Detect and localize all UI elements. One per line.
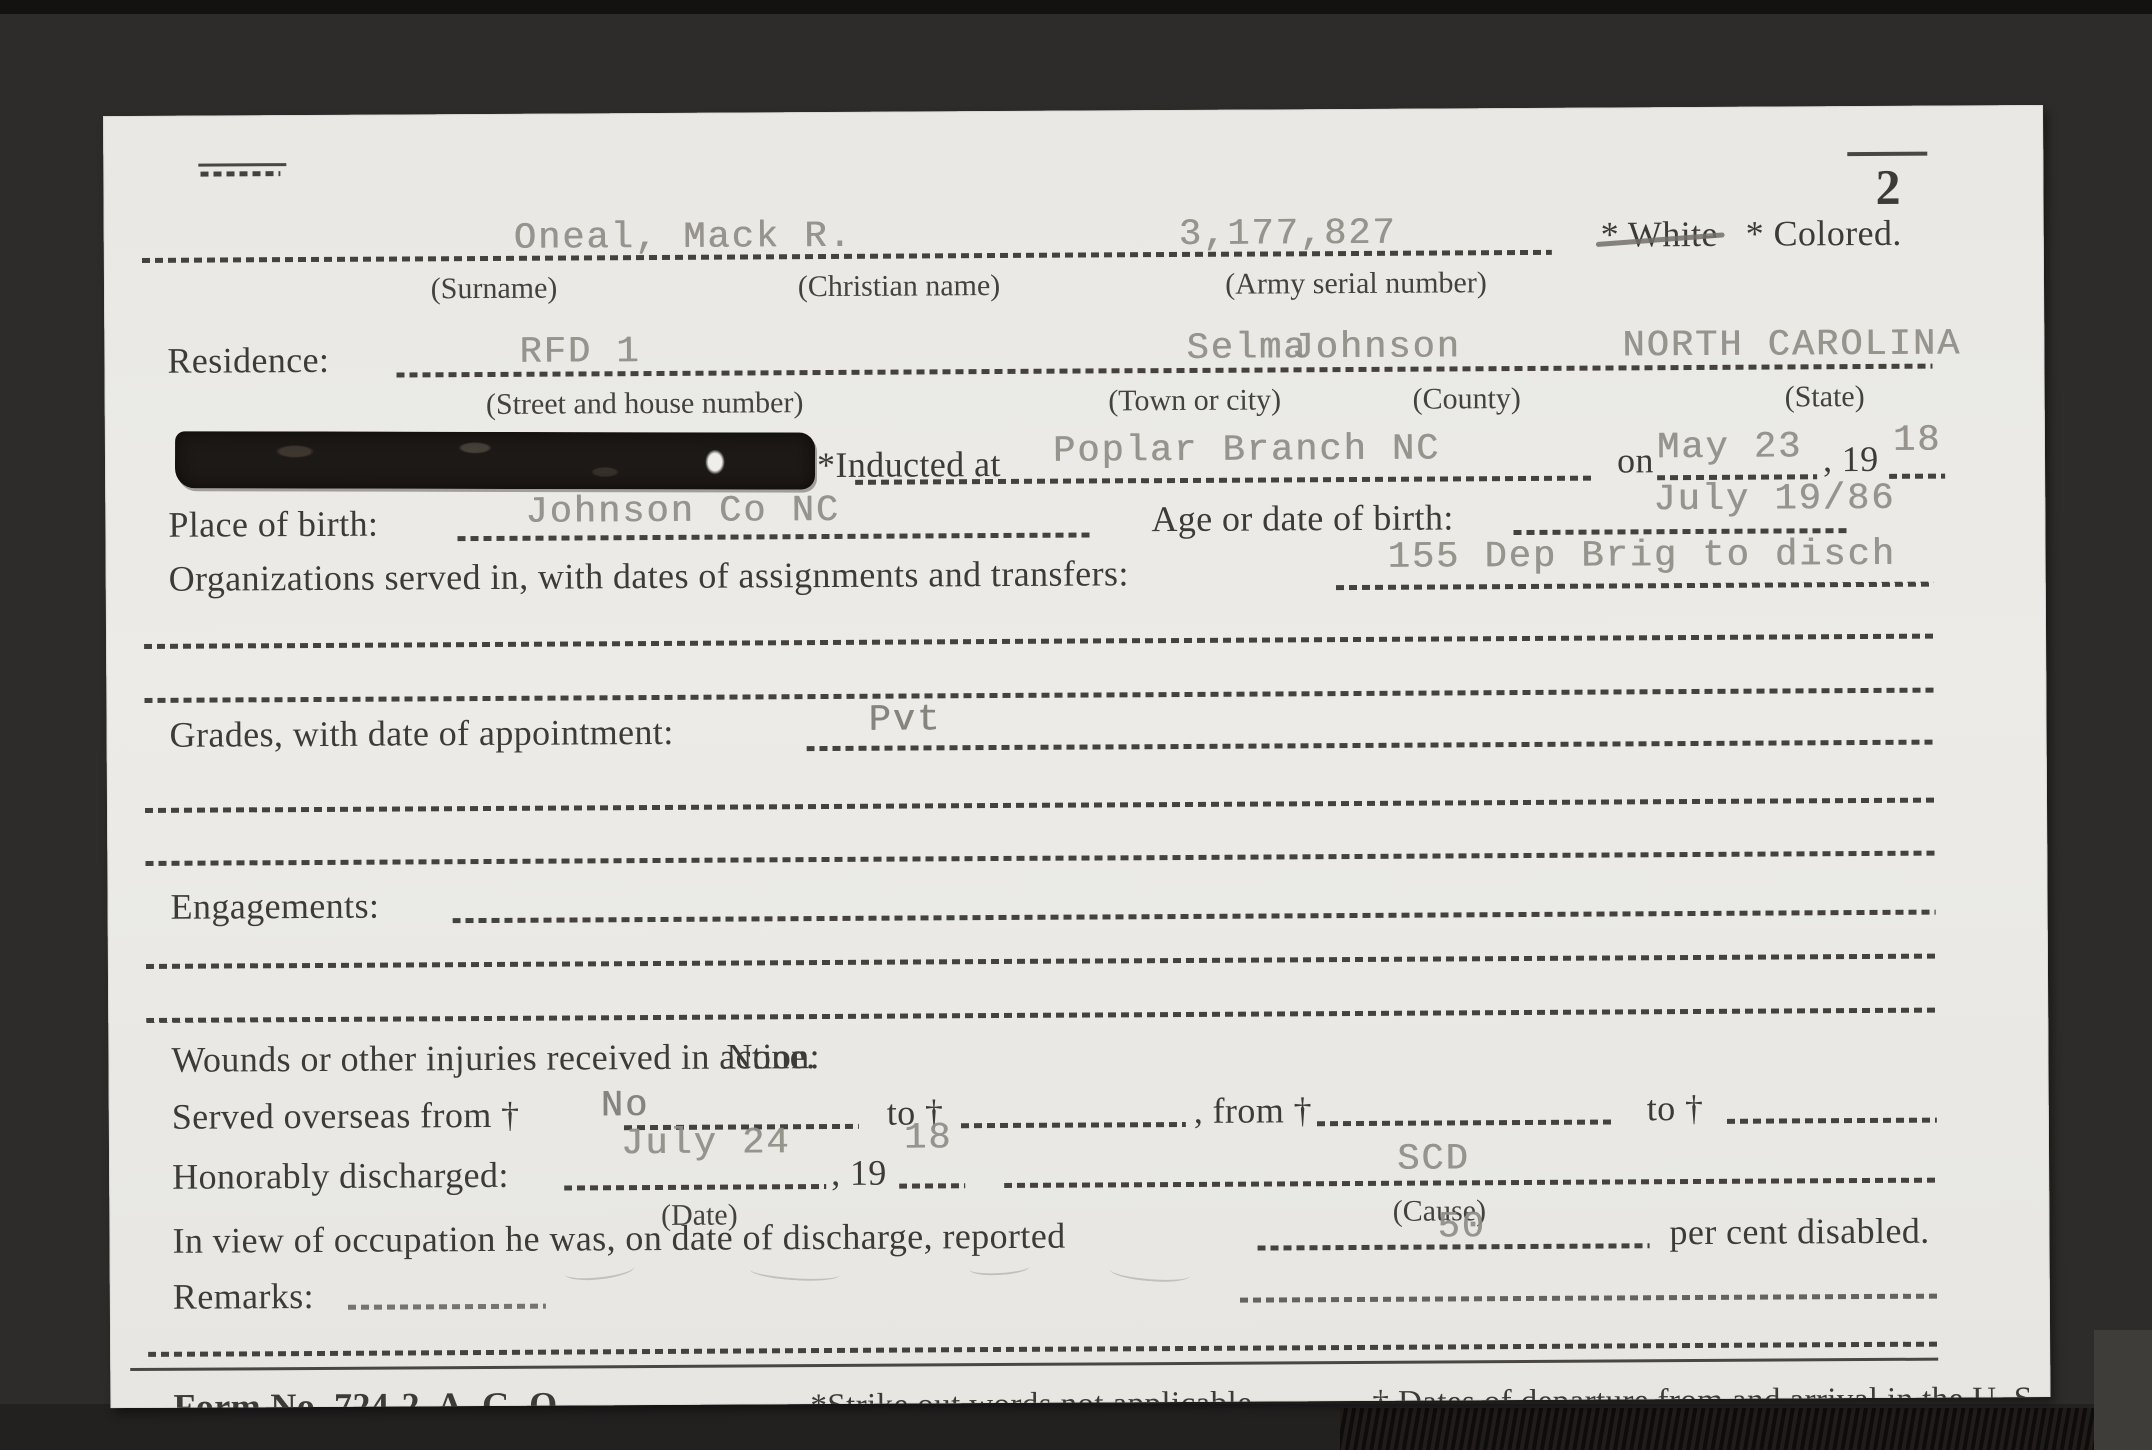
inducted-year-prefix: , 19: [1823, 440, 1879, 480]
scanner-background-corner: [2094, 1330, 2152, 1450]
ink-redaction-bar: [175, 431, 815, 489]
discharged-year-value: 18: [904, 1117, 953, 1159]
residence-town-value: Selma: [1186, 327, 1307, 370]
discharged-date-line: [564, 1184, 826, 1191]
discharge-cause-value: SCD: [1397, 1138, 1470, 1180]
serial-number-value: 3,177,827: [1179, 213, 1397, 256]
grades-line: [807, 740, 1935, 751]
inducted-date-value: May 23: [1657, 426, 1802, 469]
overseas-to2-label: to †: [1647, 1089, 1704, 1129]
page-number-overline: [1847, 152, 1927, 156]
place-of-birth-label: Place of birth:: [168, 505, 378, 546]
disability-line: [1258, 1243, 1650, 1250]
organizations-value: 155 Dep Brig to disch: [1387, 534, 1896, 579]
grades-label: Grades, with date of appointment:: [169, 713, 673, 755]
blank-line-6: [146, 1008, 1936, 1023]
blank-line-3: [145, 798, 1935, 813]
blank-line-5: [146, 954, 1936, 969]
race-colored-label: * Colored.: [1746, 214, 1902, 254]
bottom-solid-line: [130, 1358, 1938, 1371]
residence-label: Residence:: [167, 341, 329, 382]
blank-line-1: [144, 634, 1934, 649]
blank-line-4: [145, 851, 1935, 866]
pencil-smudge: [749, 1261, 840, 1283]
overseas-line-3: [1317, 1119, 1615, 1126]
bottom-dotted-line: [148, 1342, 1938, 1357]
overseas-line-2: [961, 1122, 1186, 1128]
place-of-birth-line: [457, 532, 1092, 541]
christian-name-label: (Christian name): [798, 269, 1001, 304]
inducted-on-label: on: [1617, 441, 1654, 481]
pencil-smudge: [564, 1258, 636, 1284]
disability-suffix: per cent disabled.: [1669, 1212, 1929, 1253]
discharged-label: Honorably discharged:: [172, 1156, 509, 1198]
date-of-birth-label: Age or date of birth:: [1151, 498, 1454, 539]
inducted-year-value: 18: [1893, 420, 1942, 462]
engagements-label: Engagements:: [170, 887, 379, 928]
overseas-from1-value: No: [601, 1085, 650, 1127]
remarks-line-right: [1240, 1294, 1938, 1303]
remarks-line-left: [348, 1304, 546, 1310]
registration-dash: [198, 163, 286, 167]
inducted-place-value: Poplar Branch NC: [1053, 428, 1441, 472]
residence-street-value: RFD 1: [519, 331, 640, 374]
record-card: 2 Oneal, Mack R. 3,177,827 * White * Col…: [103, 105, 2050, 1408]
scanned-service-record: 2 Oneal, Mack R. 3,177,827 * White * Col…: [0, 0, 2152, 1450]
overseas-line-4: [1727, 1118, 1937, 1124]
state-label: (State): [1785, 380, 1865, 414]
inducted-year-line: [1889, 474, 1945, 479]
form-number: Form No. 724-2, A. G. O.: [173, 1386, 567, 1409]
residence-county-value: Johnson: [1291, 326, 1461, 369]
registration-dash-dotted: [200, 171, 280, 176]
street-label: (Street and house number): [486, 386, 804, 422]
page-number: 2: [1875, 160, 1901, 215]
residence-state-value: NORTH CAROLINA: [1622, 323, 1961, 367]
date-of-birth-value: July 19/86: [1653, 478, 1895, 521]
disability-label: In view of occupation he was, on date of…: [172, 1217, 1065, 1262]
town-label: (Town or city): [1108, 383, 1281, 418]
discharged-year-prefix: , 19: [831, 1154, 887, 1194]
scanner-background-bottom-dark: [1340, 1408, 2152, 1450]
wounds-value: None.: [726, 1037, 815, 1077]
county-label: (County): [1412, 382, 1521, 417]
blank-line-2: [144, 688, 1934, 703]
place-of-birth-value: Johnson Co NC: [525, 490, 840, 534]
pencil-smudge: [1109, 1261, 1190, 1284]
remarks-label: Remarks:: [173, 1277, 314, 1317]
discharged-date-value: July 24: [621, 1122, 791, 1165]
discharge-cause-line: [1004, 1178, 1937, 1188]
army-serial-label: (Army serial number): [1225, 266, 1487, 302]
overseas-label: Served overseas from †: [172, 1096, 520, 1138]
race-white-label: * White: [1601, 215, 1718, 255]
wounds-label: Wounds or other injuries received in act…: [171, 1037, 820, 1080]
race-white-struck: * White: [1601, 215, 1718, 255]
disability-value: 50: [1437, 1206, 1486, 1248]
organizations-line: [1336, 582, 1934, 590]
overseas-from2-label: , from †: [1194, 1091, 1312, 1131]
engagements-line: [453, 910, 1936, 924]
pencil-smudge: [969, 1259, 1030, 1276]
surname-label: (Surname): [431, 272, 558, 307]
discharged-year-line: [899, 1183, 965, 1188]
organizations-label: Organizations served in, with dates of a…: [169, 554, 1129, 599]
scanner-background-top: [0, 0, 2152, 14]
grades-value: Pvt: [868, 699, 941, 741]
